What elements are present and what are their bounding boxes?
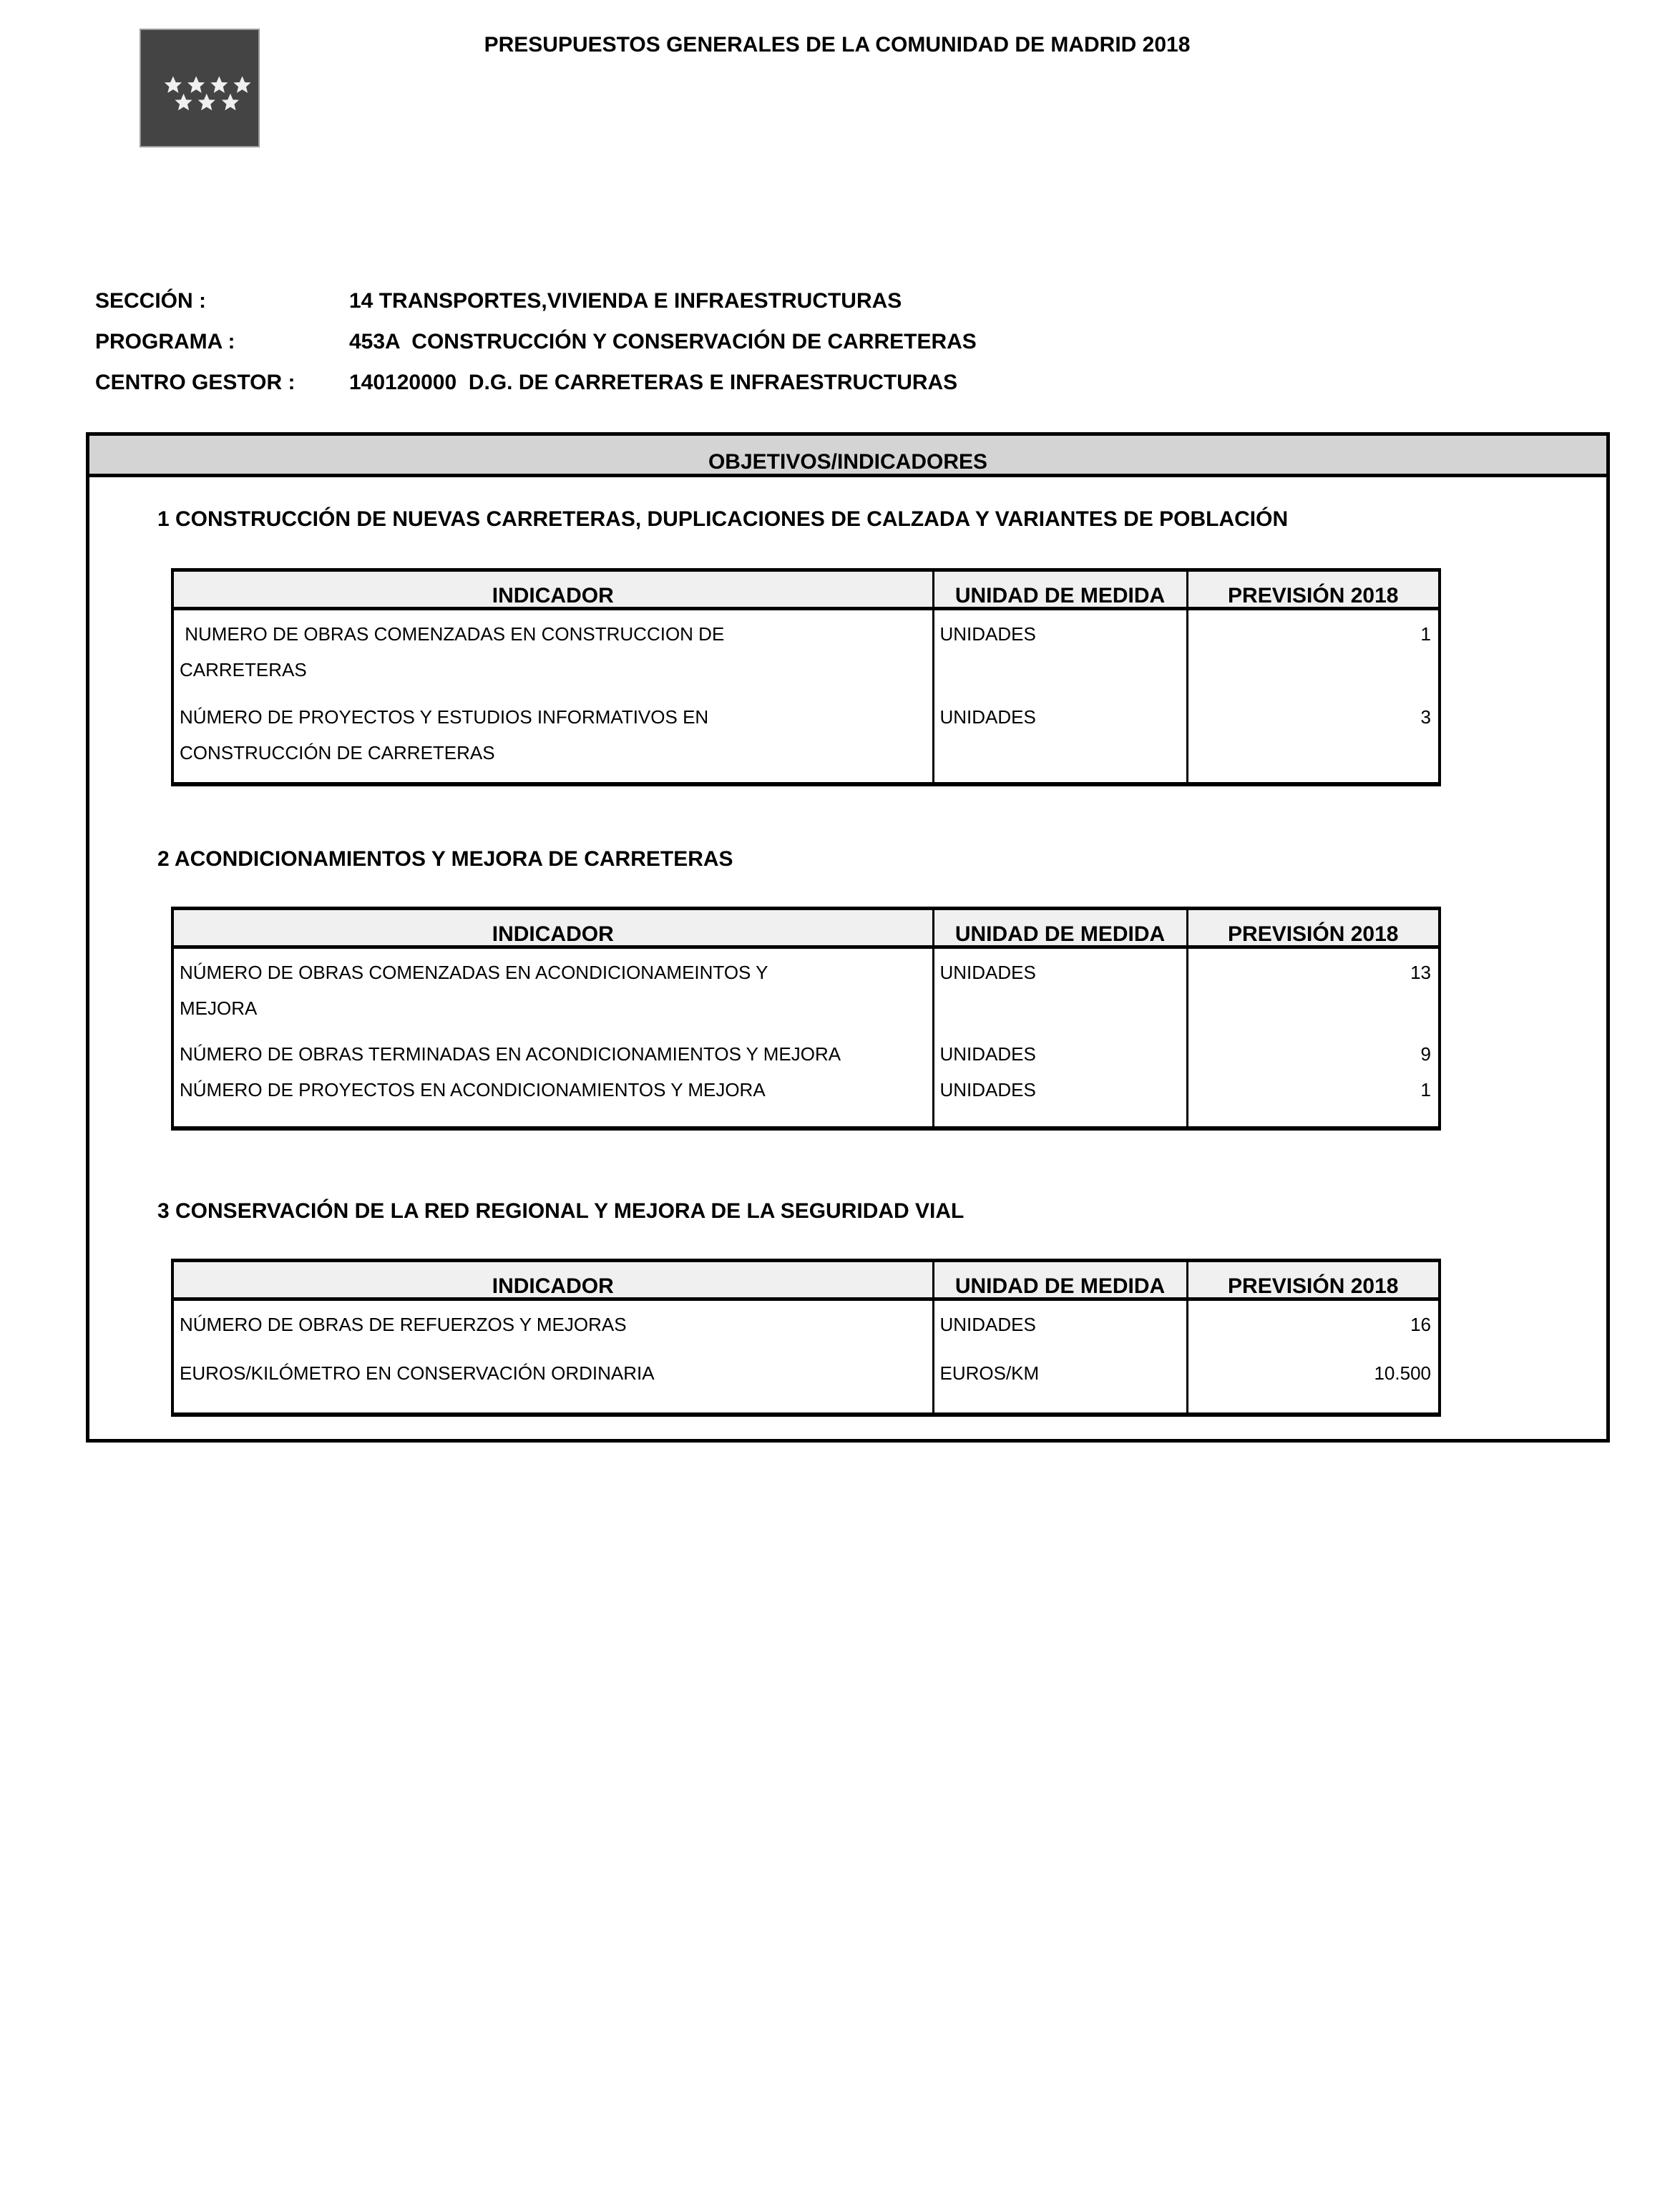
section-label: SECCIÓN : — [95, 289, 206, 313]
table-row: NÚMERO DE OBRAS DE REFUERZOS Y MEJORAS U… — [172, 1299, 1440, 1356]
forecast-column-header: PREVISIÓN 2018 — [1187, 570, 1440, 609]
unit-cell: UNIDADES — [933, 947, 1187, 1027]
indicator-cell: NÚMERO DE PROYECTOS EN ACONDICIONAMIENTO… — [172, 1072, 933, 1128]
forecast-cell: 1 — [1187, 609, 1440, 688]
table-row: NÚMERO DE OBRAS TERMINADAS EN ACONDICION… — [172, 1026, 1440, 1072]
indicator-cell: NÚMERO DE OBRAS COMENZADAS EN ACONDICION… — [172, 947, 933, 1027]
indicator-column-header: INDICADOR — [172, 909, 933, 947]
management-center-label: CENTRO GESTOR : — [95, 371, 295, 395]
forecast-cell: 13 — [1187, 947, 1440, 1027]
table-header-row: INDICADOR UNIDAD DE MEDIDA PREVISIÓN 201… — [172, 1261, 1440, 1299]
unit-cell: UNIDADES — [933, 1072, 1187, 1128]
unit-column-header: UNIDAD DE MEDIDA — [933, 909, 1187, 947]
indicator-cell: NÚMERO DE PROYECTOS Y ESTUDIOS INFORMATI… — [172, 688, 933, 784]
forecast-cell: 3 — [1187, 688, 1440, 784]
indicator-cell: EUROS/KILÓMETRO EN CONSERVACIÓN ORDINARI… — [172, 1355, 933, 1415]
objective-3-indicators-table: INDICADOR UNIDAD DE MEDIDA PREVISIÓN 201… — [171, 1259, 1441, 1417]
program-label: PROGRAMA : — [95, 330, 235, 354]
indicator-column-header: INDICADOR — [172, 570, 933, 609]
objectives-header: OBJETIVOS/INDICADORES — [89, 436, 1606, 477]
table-row: NÚMERO DE PROYECTOS Y ESTUDIOS INFORMATI… — [172, 688, 1440, 784]
objective-2-indicators-table: INDICADOR UNIDAD DE MEDIDA PREVISIÓN 201… — [171, 907, 1441, 1131]
forecast-column-header: PREVISIÓN 2018 — [1187, 1261, 1440, 1299]
table-header-row: INDICADOR UNIDAD DE MEDIDA PREVISIÓN 201… — [172, 909, 1440, 947]
indicator-column-header: INDICADOR — [172, 1261, 933, 1299]
objective-1-title: 1 CONSTRUCCIÓN DE NUEVAS CARRETERAS, DUP… — [157, 507, 1288, 532]
forecast-cell: 10.500 — [1187, 1355, 1440, 1415]
unit-cell: EUROS/KM — [933, 1355, 1187, 1415]
table-row: NUMERO DE OBRAS COMENZADAS EN CONSTRUCCI… — [172, 609, 1440, 688]
unit-cell: UNIDADES — [933, 1026, 1187, 1072]
objective-2-title: 2 ACONDICIONAMIENTOS Y MEJORA DE CARRETE… — [157, 847, 733, 872]
objective-1-indicators-table: INDICADOR UNIDAD DE MEDIDA PREVISIÓN 201… — [171, 568, 1441, 786]
forecast-cell: 16 — [1187, 1299, 1440, 1356]
program-value: 453A CONSTRUCCIÓN Y CONSERVACIÓN DE CARR… — [349, 330, 977, 354]
unit-column-header: UNIDAD DE MEDIDA — [933, 1261, 1187, 1299]
objective-3-title: 3 CONSERVACIÓN DE LA RED REGIONAL Y MEJO… — [157, 1199, 964, 1224]
forecast-column-header: PREVISIÓN 2018 — [1187, 909, 1440, 947]
table-header-row: INDICADOR UNIDAD DE MEDIDA PREVISIÓN 201… — [172, 570, 1440, 609]
unit-column-header: UNIDAD DE MEDIDA — [933, 570, 1187, 609]
indicator-cell: NÚMERO DE OBRAS TERMINADAS EN ACONDICION… — [172, 1026, 933, 1072]
indicator-cell: NÚMERO DE OBRAS DE REFUERZOS Y MEJORAS — [172, 1299, 933, 1356]
management-center-value: 140120000 D.G. DE CARRETERAS E INFRAESTR… — [349, 371, 957, 395]
table-row: NÚMERO DE OBRAS COMENZADAS EN ACONDICION… — [172, 947, 1440, 1027]
indicator-cell: NUMERO DE OBRAS COMENZADAS EN CONSTRUCCI… — [172, 609, 933, 688]
table-row: NÚMERO DE PROYECTOS EN ACONDICIONAMIENTO… — [172, 1072, 1440, 1128]
forecast-cell: 9 — [1187, 1026, 1440, 1072]
table-row: EUROS/KILÓMETRO EN CONSERVACIÓN ORDINARI… — [172, 1355, 1440, 1415]
forecast-cell: 1 — [1187, 1072, 1440, 1128]
document-title: PRESUPUESTOS GENERALES DE LA COMUNIDAD D… — [0, 33, 1680, 57]
section-value: 14 TRANSPORTES,VIVIENDA E INFRAESTRUCTUR… — [349, 289, 902, 313]
unit-cell: UNIDADES — [933, 1299, 1187, 1356]
unit-cell: UNIDADES — [933, 609, 1187, 688]
unit-cell: UNIDADES — [933, 688, 1187, 784]
